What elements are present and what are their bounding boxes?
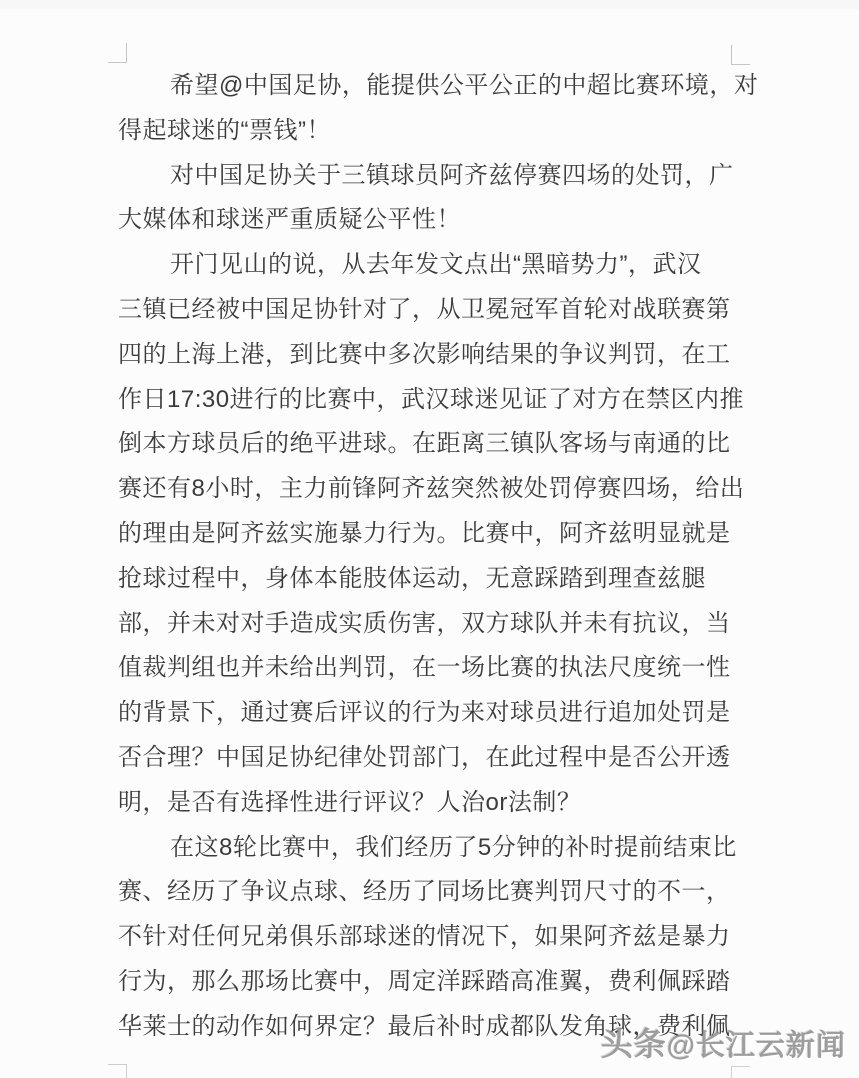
- paragraph: 开门见山的说，从去年发文点出“黑暗势力”，武汉三镇已经被中国足协针对了，从卫冕冠…: [118, 243, 754, 825]
- page-corner-mark-top-left: [108, 43, 127, 63]
- text-line: 倒本方球员后的绝平进球。在距离三镇队客场与南通的比: [118, 422, 754, 467]
- text-line: 大媒体和球迷严重质疑公平性！: [118, 198, 754, 243]
- document-body: 希望@中国足协，能提供公平公正的中超比赛环境，对得起球迷的“票钱”！对中国足协关…: [118, 64, 754, 1050]
- text-line: 行为，那么那场比赛中，周定洋踩踏高准翼，费利佩踩踏: [118, 960, 754, 1005]
- text-line: 四的上海上港，到比赛中多次影响结果的争议判罚，在工: [118, 333, 754, 378]
- paragraph: 在这8轮比赛中，我们经历了5分钟的补时提前结束比赛、经历了争议点球、经历了同场比…: [118, 826, 754, 1050]
- text-line: 的理由是阿齐兹实施暴力行为。比赛中，阿齐兹明显就是: [118, 512, 754, 557]
- text-line: 开门见山的说，从去年发文点出“黑暗势力”，武汉: [118, 243, 754, 288]
- text-line: 在这8轮比赛中，我们经历了5分钟的补时提前结束比: [118, 826, 754, 871]
- text-line: 赛还有8小时，主力前锋阿齐兹突然被处罚停赛四场，给出: [118, 467, 754, 512]
- watermark: 头条@长江云新闻: [601, 1019, 846, 1065]
- watermark-logo: 头条: [601, 1026, 667, 1062]
- document-page: 希望@中国足协，能提供公平公正的中超比赛环境，对得起球迷的“票钱”！对中国足协关…: [0, 0, 859, 1078]
- page-corner-mark-bottom-right: [731, 1066, 750, 1078]
- text-line: 否合理？中国足协纪律处罚部门，在此过程中是否公开透: [118, 736, 754, 781]
- text-line: 不针对任何兄弟俱乐部球迷的情况下，如果阿齐兹是暴力: [118, 915, 754, 960]
- text-line: 得起球迷的“票钱”！: [118, 109, 754, 154]
- text-line: 作日17:30进行的比赛中，武汉球迷见证了对方在禁区内推: [118, 378, 754, 423]
- text-line: 希望@中国足协，能提供公平公正的中超比赛环境，对: [118, 64, 754, 109]
- page-corner-mark-top-right: [731, 45, 750, 65]
- text-line: 三镇已经被中国足协针对了，从卫冕冠军首轮对战联赛第: [118, 288, 754, 333]
- text-line: 赛、经历了争议点球、经历了同场比赛判罚尺寸的不一，: [118, 870, 754, 915]
- photo-artifact-band: [0, 0, 859, 9]
- paragraph: 希望@中国足协，能提供公平公正的中超比赛环境，对得起球迷的“票钱”！: [118, 64, 754, 154]
- text-line: 值裁判组也并未给出判罚，在一场比赛的执法尺度统一性: [118, 646, 754, 691]
- text-line: 明，是否有选择性进行评议？人治or法制？: [118, 781, 754, 826]
- paragraph: 对中国足协关于三镇球员阿齐兹停赛四场的处罚，广大媒体和球迷严重质疑公平性！: [118, 154, 754, 244]
- watermark-handle: @长江云新闻: [667, 1030, 846, 1062]
- text-line: 抢球过程中，身体本能肢体运动，无意踩踏到理查兹腿: [118, 557, 754, 602]
- text-line: 对中国足协关于三镇球员阿齐兹停赛四场的处罚，广: [118, 154, 754, 199]
- page-corner-mark-bottom-left: [108, 1064, 127, 1078]
- text-line: 部，并未对对手造成实质伤害，双方球队并未有抗议，当: [118, 602, 754, 647]
- text-line: 的背景下，通过赛后评议的行为来对球员进行追加处罚是: [118, 691, 754, 736]
